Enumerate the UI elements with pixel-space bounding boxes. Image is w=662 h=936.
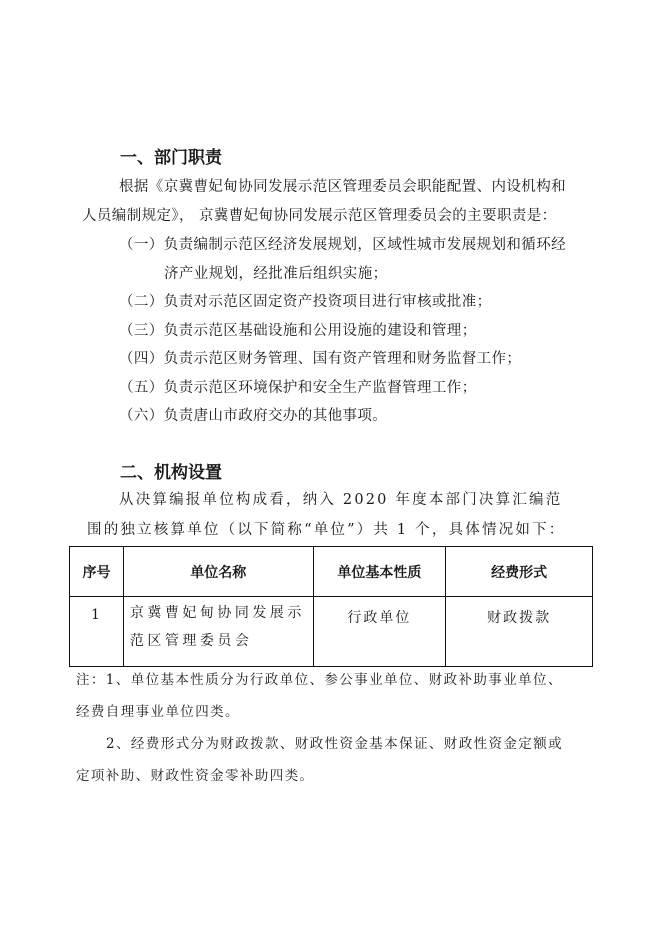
duty-item-6: （六）负责唐山市政府交办的其他事项。 — [119, 404, 387, 425]
header-funding-form: 经费形式 — [446, 547, 593, 597]
section-heading-structure: 二、机构设置 — [120, 458, 222, 483]
note-1-line2: 经费自理事业单位四类。 — [76, 700, 240, 720]
note-1-line1: 注：1、单位基本性质分为行政单位、参公事业单位、财政补助事业单位、 — [76, 668, 563, 688]
structure-intro-line2: 围的独立核算单位（以下简称“单位”）共 1 个，具体情况如下： — [87, 518, 565, 539]
duty-item-5: （五）负责示范区环境保护和安全生产监督管理工作； — [119, 376, 477, 397]
header-index: 序号 — [70, 547, 124, 597]
duty-item-1: （一）负责编制示范区经济发展规划，区域性城市发展规划和循环经 — [119, 233, 566, 254]
table-header-row: 序号 单位名称 单位基本性质 经费形式 — [70, 547, 593, 597]
units-table: 序号 单位名称 单位基本性质 经费形式 1 京冀曹妃甸协同发展示范区管理委员会 … — [69, 546, 593, 667]
duties-intro-line2: 人员编制规定》， 京冀曹妃甸协同发展示范区管理委员会的主要职责是： — [82, 204, 557, 225]
note-2-line1: 2、经费形式分为财政拨款、财政性资金基本保证、财政性资金定额或 — [106, 732, 563, 752]
cell-unit-nature: 行政单位 — [313, 597, 446, 667]
structure-intro-line1: 从决算编报单位构成看，纳入 2020 年度本部门决算汇编范 — [119, 488, 562, 509]
duty-item-4: （四）负责示范区财务管理、国有资产管理和财务监督工作； — [119, 347, 521, 368]
duty-item-2: （二）负责对示范区固定资产投资项目进行审核或批准； — [119, 290, 492, 311]
duties-intro-line1: 根据《京冀曹妃甸协同发展示范区管理委员会职能配置、内设机构和 — [119, 175, 566, 196]
section-heading-duties: 一、部门职责 — [120, 143, 222, 168]
note-2-line2: 定项补助、财政性资金零补助四类。 — [76, 764, 314, 784]
duty-item-1-cont: 济产业规划，经批准后组织实施； — [164, 262, 388, 283]
cell-index: 1 — [70, 597, 124, 667]
cell-unit-name: 京冀曹妃甸协同发展示范区管理委员会 — [123, 597, 313, 667]
duty-item-3: （三）负责示范区基础设施和公用设施的建设和管理； — [119, 319, 477, 340]
cell-funding-form: 财政拨款 — [446, 597, 593, 667]
header-unit-name: 单位名称 — [123, 547, 313, 597]
table-row: 1 京冀曹妃甸协同发展示范区管理委员会 行政单位 财政拨款 — [70, 597, 593, 667]
header-unit-nature: 单位基本性质 — [313, 547, 446, 597]
